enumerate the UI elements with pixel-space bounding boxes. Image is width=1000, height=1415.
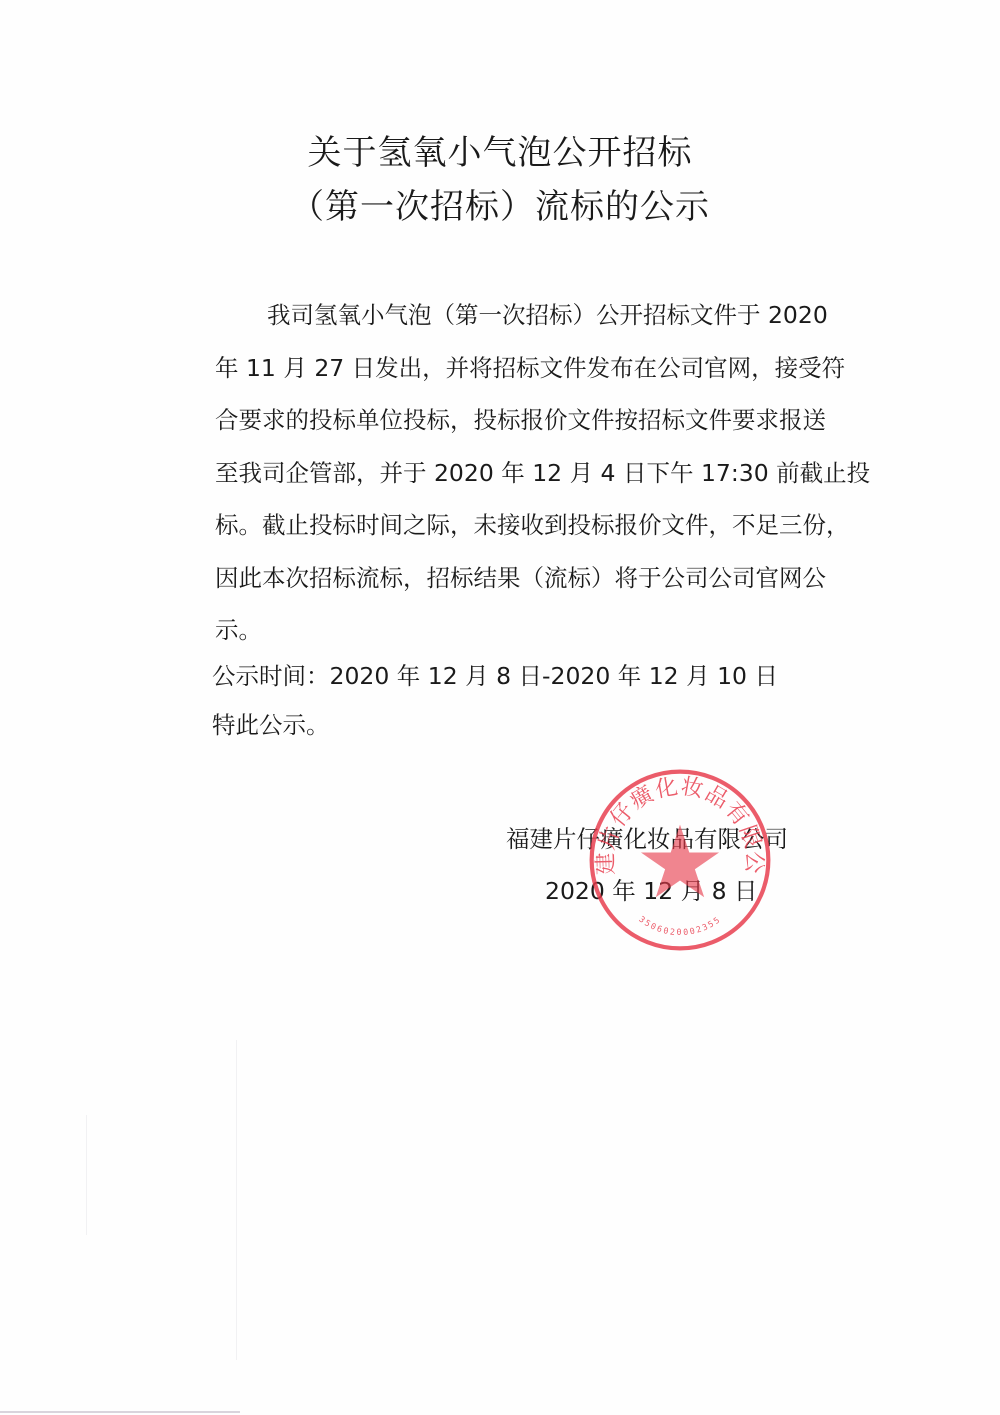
body-line: 至我司企管部，并于 2020 年 12 月 4 日下午 17:30 前截止投 xyxy=(163,447,863,500)
scan-artifact-line xyxy=(236,1040,237,1360)
signature-date: 2020 年 12 月 8 日 xyxy=(545,880,758,904)
body-line: 年 11 月 27 日发出，并将招标文件发布在公司官网，接受符 xyxy=(163,342,863,395)
scan-artifact-line xyxy=(0,1411,240,1413)
svg-text:福建片仔癀化妆品有限公司: 福建片仔癀化妆品有限公司 xyxy=(587,767,767,875)
stamp-serial-number: 3506020002355 xyxy=(637,914,723,937)
body-paragraph: 我司氢氧小气泡（第一次招标）公开招标文件于 2020 年 11 月 27 日发出… xyxy=(163,289,863,657)
signature-company: 福建片仔癀化妆品有限公司 xyxy=(506,828,788,852)
company-seal-stamp: 福建片仔癀化妆品有限公司 3506020002355 xyxy=(587,767,773,953)
document-title-line-2: （第一次招标）流标的公示 xyxy=(0,190,1000,224)
svg-text:3506020002355: 3506020002355 xyxy=(637,914,723,937)
notice-period: 公示时间：2020 年 12 月 8 日-2020 年 12 月 10 日 xyxy=(212,665,778,689)
body-line: 示。 xyxy=(163,604,863,657)
body-line: 我司氢氧小气泡（第一次招标）公开招标文件于 2020 xyxy=(163,289,863,342)
body-line: 因此本次招标流标，招标结果（流标）将于公司公司官网公 xyxy=(163,552,863,605)
stamp-ring-text: 福建片仔癀化妆品有限公司 xyxy=(587,767,767,875)
scanned-document-page: 关于氢氧小气泡公开招标 （第一次招标）流标的公示 我司氢氧小气泡（第一次招标）公… xyxy=(0,0,1000,1415)
body-line: 标。截止投标时间之际，未接收到投标报价文件，不足三份， xyxy=(163,499,863,552)
scan-artifact-line xyxy=(86,1115,87,1235)
closing-statement: 特此公示。 xyxy=(212,714,330,738)
body-line: 合要求的投标单位投标，投标报价文件按招标文件要求报送 xyxy=(163,394,863,447)
document-title-line-1: 关于氢氧小气泡公开招标 xyxy=(0,136,1000,170)
